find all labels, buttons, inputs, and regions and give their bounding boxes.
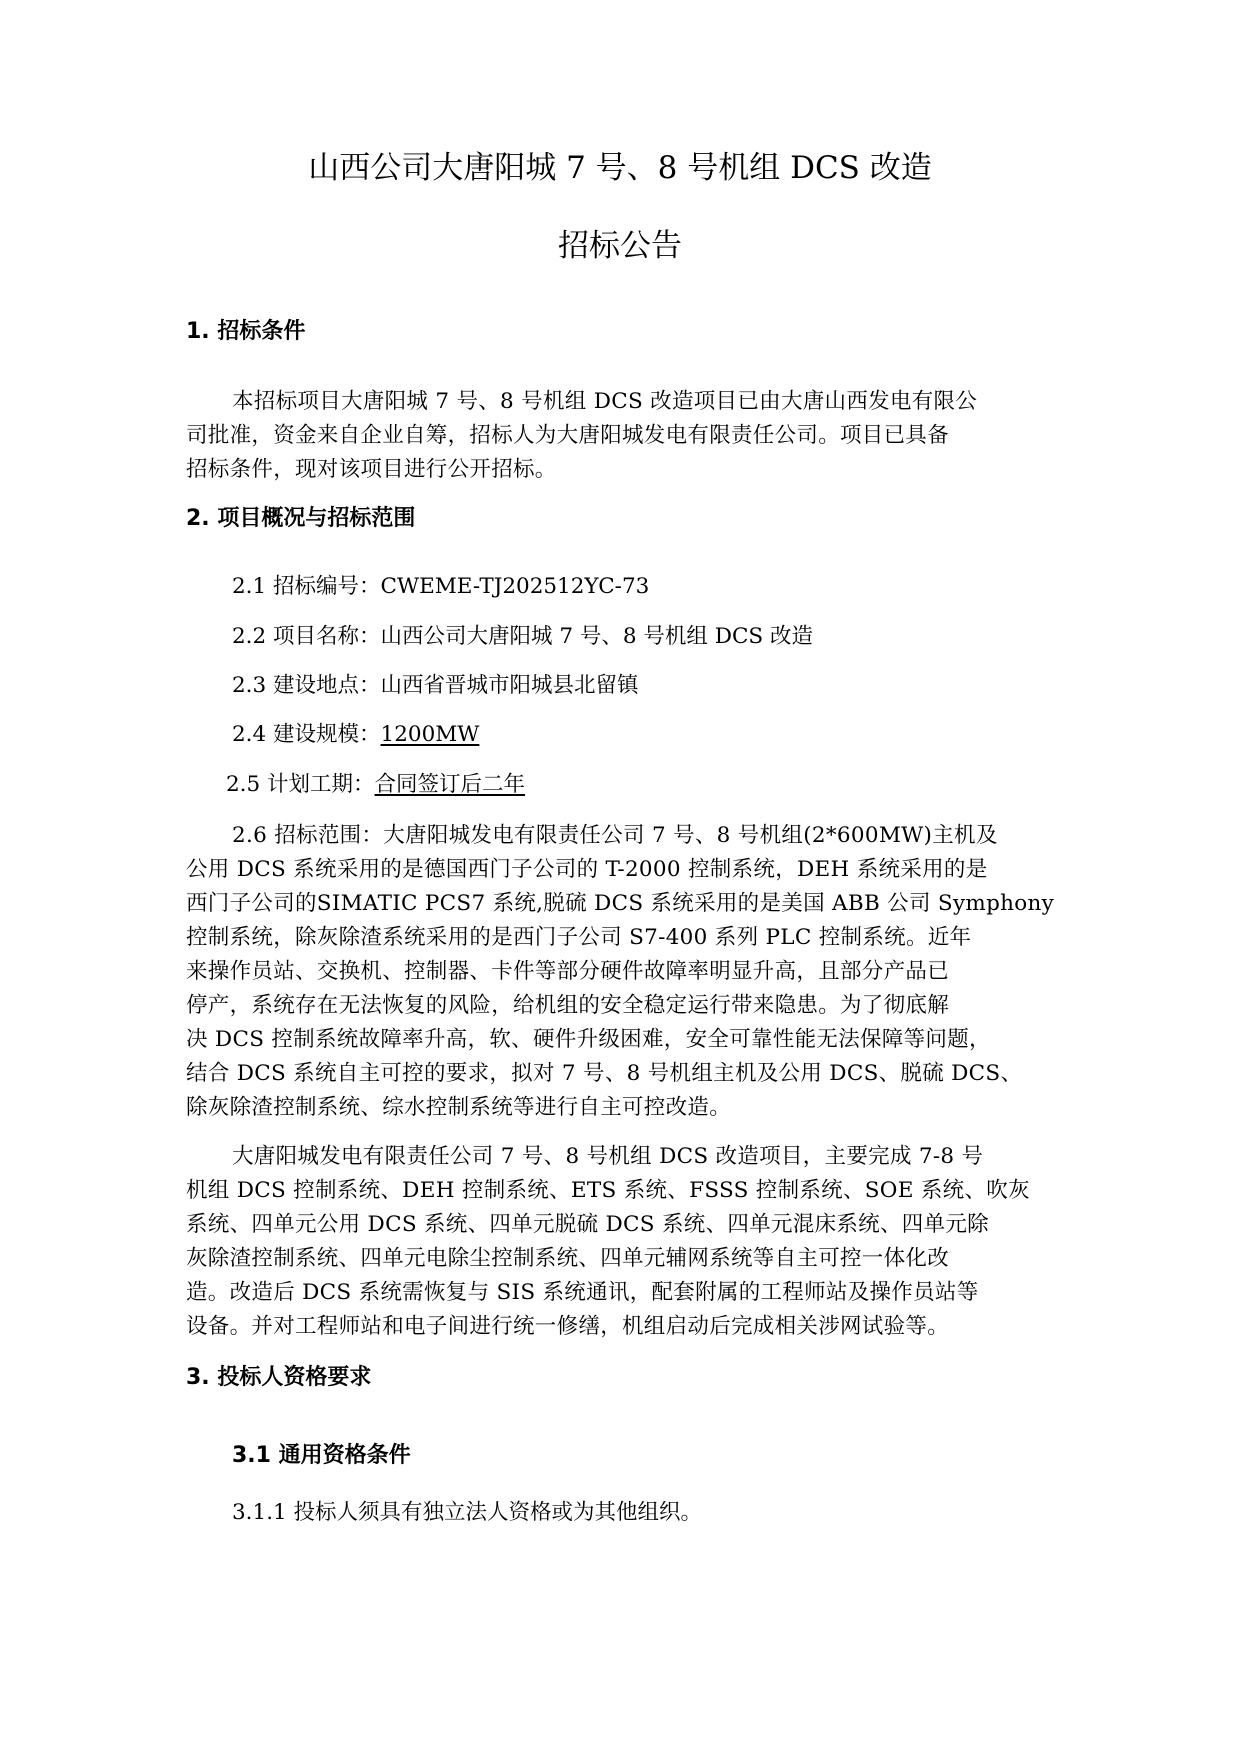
item-scale: 2.4 建设规模：1200MW bbox=[232, 717, 479, 748]
section-2-heading: 2. 项目概况与招标范围 bbox=[186, 501, 415, 532]
item-label: 2.4 建设规模： bbox=[232, 722, 381, 747]
scope-line: 来操作员站、交换机、控制器、卡件等部分硬件故障率明显升高，且部分产品已 bbox=[186, 954, 949, 985]
section-3-heading: 3. 投标人资格要求 bbox=[186, 1360, 371, 1391]
scope-line: 结合 DCS 系统自主可控的要求，拟对 7 号、8 号机组主机及公用 DCS、脱… bbox=[186, 1056, 1022, 1087]
section-1-heading: 1. 招标条件 bbox=[186, 314, 305, 345]
scope-line: 除灰除渣控制系统、综水控制系统等进行自主可控改造。 bbox=[186, 1090, 731, 1121]
scope-line: 2.6 招标范围：大唐阳城发电有限责任公司 7 号、8 号机组(2*600MW)… bbox=[232, 818, 998, 849]
item-label: 2.5 计划工期： bbox=[226, 772, 375, 797]
item-location: 2.3 建设地点：山西省晋城市阳城县北留镇 bbox=[232, 668, 639, 699]
section-1-paragraph-line: 招标条件，现对该项目进行公开招标。 bbox=[186, 452, 557, 483]
document-page: 山西公司大唐阳城 7 号、8 号机组 DCS 改造 招标公告 1. 招标条件 本… bbox=[0, 0, 1240, 1753]
item-project-name: 2.2 项目名称：山西公司大唐阳城 7 号、8 号机组 DCS 改造 bbox=[232, 619, 813, 650]
section-1-paragraph-line: 司批准，资金来自企业自筹，招标人为大唐阳城发电有限责任公司。项目已具备 bbox=[186, 418, 949, 449]
section-3-1-heading: 3.1 通用资格条件 bbox=[232, 1438, 411, 1469]
document-subtitle: 招标公告 bbox=[0, 220, 1240, 265]
scope-line: 公用 DCS 系统采用的是德国西门子公司的 T-2000 控制系统，DEH 系统… bbox=[186, 852, 988, 883]
detail-line: 造。改造后 DCS 系统需恢复与 SIS 系统通讯，配套附属的工程师站及操作员站… bbox=[186, 1275, 979, 1306]
item-value: CWEME-TJ202512YC-73 bbox=[381, 574, 650, 599]
detail-line: 系统、四单元公用 DCS 系统、四单元脱硫 DCS 系统、四单元混床系统、四单元… bbox=[186, 1207, 989, 1238]
item-label: 2.3 建设地点： bbox=[232, 673, 381, 698]
document-title: 山西公司大唐阳城 7 号、8 号机组 DCS 改造 bbox=[0, 142, 1240, 187]
item-tender-number: 2.1 招标编号：CWEME-TJ202512YC-73 bbox=[232, 569, 649, 600]
item-value: 山西公司大唐阳城 7 号、8 号机组 DCS 改造 bbox=[381, 624, 813, 649]
detail-line: 灰除渣控制系统、四单元电除尘控制系统、四单元辅网系统等自主可控一体化改 bbox=[186, 1241, 949, 1272]
item-value: 山西省晋城市阳城县北留镇 bbox=[381, 673, 639, 698]
detail-line: 设备。并对工程师站和电子间进行统一修缮，机组启动后完成相关涉网试验等。 bbox=[186, 1309, 949, 1340]
item-value: 合同签订后二年 bbox=[375, 772, 526, 797]
item-label: 2.2 项目名称： bbox=[232, 624, 381, 649]
scope-line: 停产，系统存在无法恢复的风险，给机组的安全稳定运行带来隐患。为了彻底解 bbox=[186, 988, 949, 1019]
item-label: 2.1 招标编号： bbox=[232, 574, 381, 599]
scope-line: 控制系统，除灰除渣系统采用的是西门子公司 S7-400 系列 PLC 控制系统。… bbox=[186, 920, 971, 951]
detail-line: 机组 DCS 控制系统、DEH 控制系统、ETS 系统、FSSS 控制系统、SO… bbox=[186, 1173, 1030, 1204]
item-schedule: 2.5 计划工期：合同签订后二年 bbox=[226, 767, 525, 798]
scope-line: 决 DCS 控制系统故障率升高，软、硬件升级困难，安全可靠性能无法保障等问题， bbox=[186, 1022, 991, 1053]
section-1-paragraph-line: 本招标项目大唐阳城 7 号、8 号机组 DCS 改造项目已由大唐山西发电有限公 bbox=[232, 384, 977, 415]
item-value: 1200MW bbox=[381, 722, 480, 747]
item-3-1-1: 3.1.1 投标人须具有独立法人资格或为其他组织。 bbox=[232, 1495, 702, 1526]
detail-line: 大唐阳城发电有限责任公司 7 号、8 号机组 DCS 改造项目，主要完成 7-8… bbox=[232, 1139, 983, 1170]
scope-line: 西门子公司的SIMATIC PCS7 系统,脱硫 DCS 系统采用的是美国 AB… bbox=[186, 886, 1054, 917]
